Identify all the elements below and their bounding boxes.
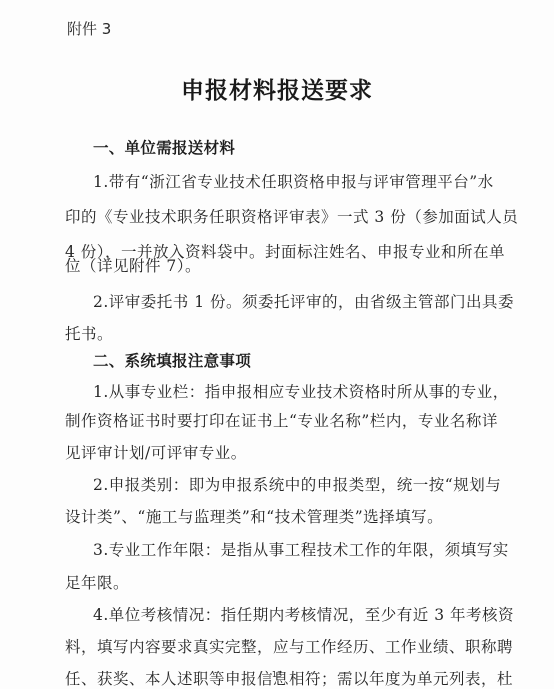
paragraph-line: 见评审计划/可评审专业。 bbox=[65, 441, 457, 463]
paragraph-line: 1.从事专业栏：指申报相应专业技术资格时所从事的专业， bbox=[93, 380, 457, 402]
paragraph-line: 4.单位考核情况：指任期内考核情况，至少有近 3 年考核资 bbox=[93, 603, 457, 625]
section-heading-2: 二、系统填报注意事项 bbox=[93, 349, 457, 371]
paragraph-line: 2.评审委托书 1 份。须委托评审的，由省级主管部门出具委 bbox=[93, 290, 457, 312]
paragraph-line: 位（详见附件 7）。 bbox=[65, 254, 457, 276]
document-title: 申报材料报送要求 bbox=[0, 72, 554, 105]
section-heading-1: 一、单位需报送材料 bbox=[93, 136, 457, 158]
paragraph-line: 印的《专业技术职务任职资格评审表》一式 3 份（参加面试人员 bbox=[65, 205, 457, 227]
paragraph-line: 足年限。 bbox=[65, 571, 457, 593]
page-number: 13 bbox=[0, 670, 554, 679]
paragraph-line: 设计类”、“施工与监理类”和“技术管理类”选择填写。 bbox=[65, 505, 457, 527]
annex-label: 附件 3 bbox=[67, 18, 111, 39]
paragraph-line: 料，填写内容要求真实完整，应与工作经历、工作业绩、职称聘 bbox=[65, 635, 457, 657]
paragraph-line: 制作资格证书时要打印在证书上“专业名称”栏内，专业名称详 bbox=[65, 409, 457, 431]
paragraph-line: 托书。 bbox=[65, 322, 457, 344]
paragraph-line: 3.专业工作年限：是指从事工程技术工作的年限，须填写实 bbox=[93, 538, 457, 560]
paragraph-line: 1.带有“浙江省专业技术任职资格申报与评审管理平台”水 bbox=[93, 170, 457, 192]
paragraph-line: 2.申报类别：即为申报系统中的申报类型，统一按“规划与 bbox=[93, 473, 457, 495]
